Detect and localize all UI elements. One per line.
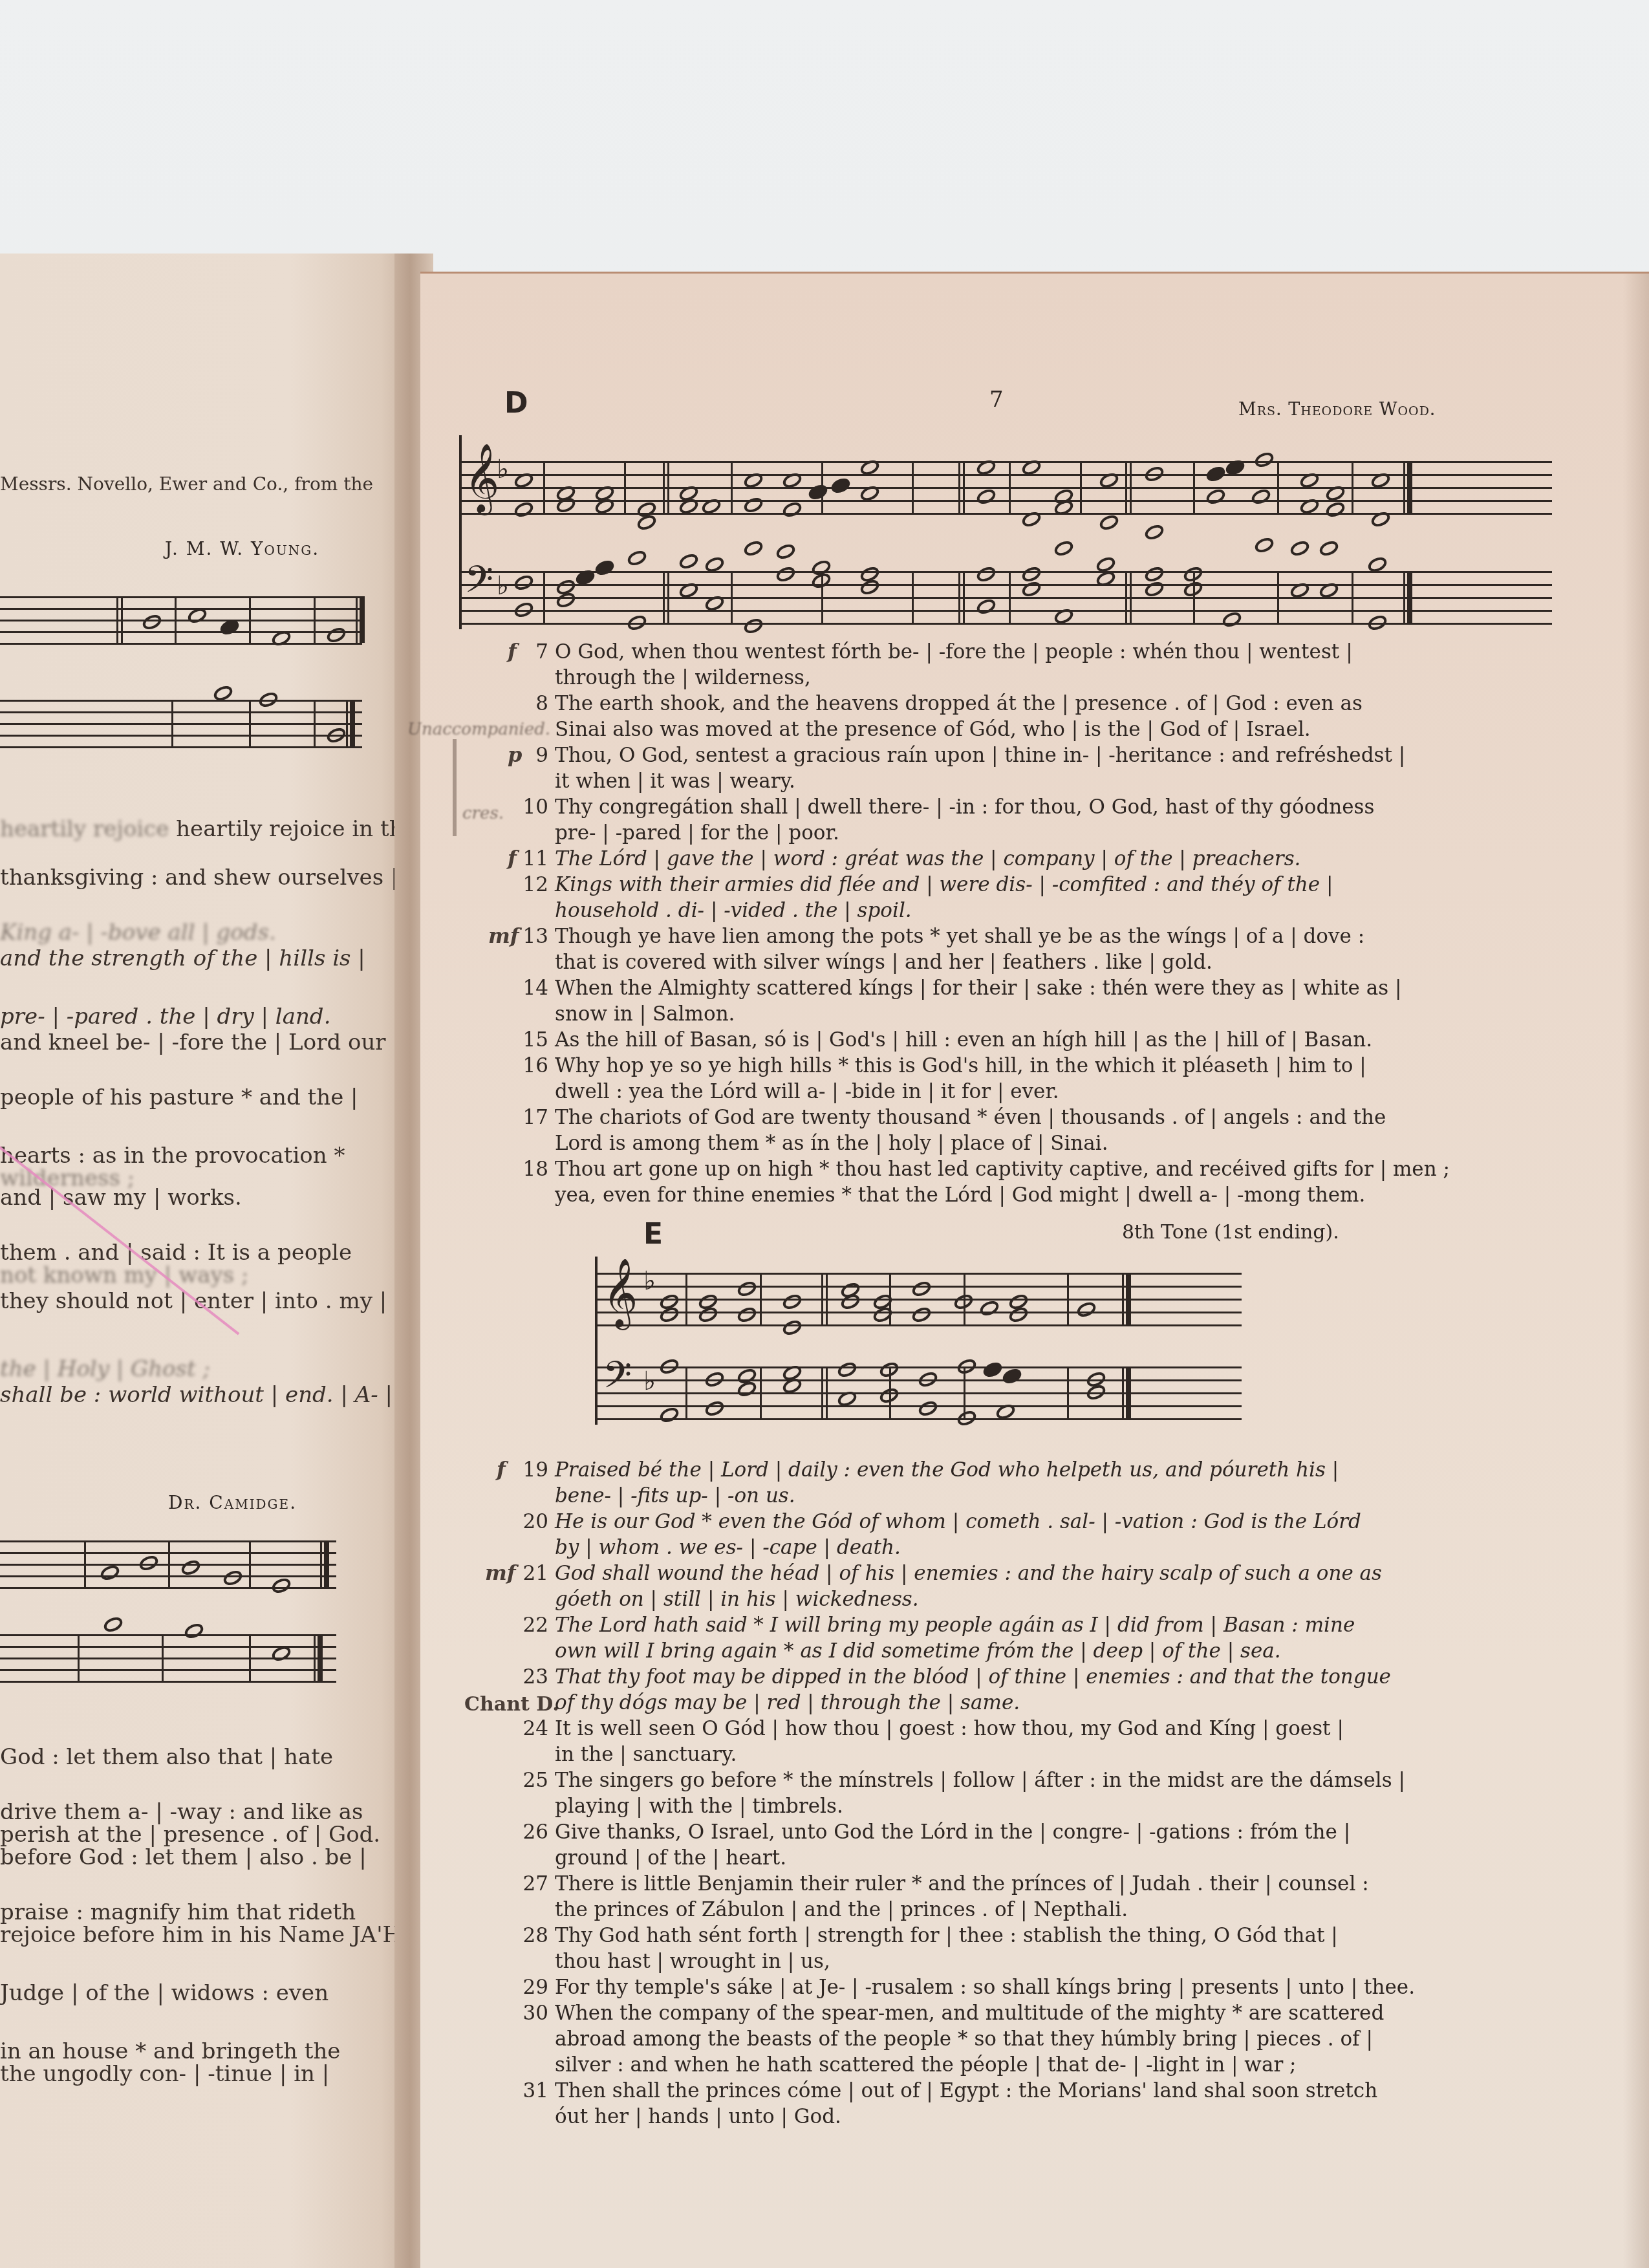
verse-10: 10Thy congregátion shall | dwell there- … <box>517 794 1374 846</box>
tone-label: 8th Tone (1st ending). <box>1122 1221 1339 1244</box>
page-number: 7 <box>989 387 1004 413</box>
left-text-line: pre- | -pared . the | dry | land. <box>0 1004 330 1030</box>
left-text-line: heartily rejoice heartily rejoice in the… <box>0 816 414 842</box>
bass-clef-icon: 𝄢 <box>464 561 493 607</box>
verse-29: 29For thy temple's sáke | at Je- | -rusa… <box>517 1974 1415 2000</box>
verse-20: 20He is our God * even the Gód of whom |… <box>517 1509 1361 1561</box>
left-text-line: perish at the | presence . of | God. <box>0 1822 380 1848</box>
dynamic-mark: f <box>497 1457 506 1482</box>
chant-d-score: 𝄞 𝄢 ♭ ♭ <box>459 422 1552 642</box>
verse-8: 8The earth shook, and the heavens droppe… <box>517 691 1363 742</box>
left-text-line: in an house * and bringeth the <box>0 2038 340 2064</box>
chant-d-letter: D <box>504 387 528 420</box>
left-text-line: the | Holy | Ghost ; <box>0 1356 210 1382</box>
bass-clef-icon: 𝄢 <box>603 1357 632 1402</box>
verse-31: 31Then shall the princes cóme | out of |… <box>517 2078 1377 2130</box>
dynamic-mark: f <box>508 639 517 664</box>
left-text-line: Judge | of the | widows : even <box>0 1980 329 2006</box>
verse-30: 30When the company of the spear-men, and… <box>517 2000 1384 2078</box>
verse-18: 18Thou art gone up on high * thou hast l… <box>517 1156 1450 1208</box>
verse-21: 21God shall wound the héad | of his | en… <box>517 1561 1382 1612</box>
verse-23: 23That thy foot may be dipped in the bló… <box>517 1664 1391 1716</box>
left-text-line: King a- | -bove all | gods. <box>0 920 276 945</box>
left-text-line: hearts : as in the provocation * <box>0 1143 345 1169</box>
dynamic-mark: f <box>508 846 517 870</box>
left-text-line: people of his pasture * and the | <box>0 1085 358 1110</box>
verse-28: 28Thy God hath sént forth | strength for… <box>517 1923 1338 1974</box>
verse-25: 25The singers go before * the mínstrels … <box>517 1767 1405 1819</box>
cres-note: cres. <box>462 804 504 823</box>
margin-bracket <box>453 739 457 836</box>
left-text-line: not known my | ways ; <box>0 1262 248 1288</box>
left-text-line: rejoice before him in his Name JA'H | <box>0 1922 414 1948</box>
verse-22: 22The Lord hath said * I will bring my p… <box>517 1612 1355 1664</box>
left-text-line: drive them a- | -way : and like as <box>0 1799 363 1825</box>
composer-camidge: Dr. Camidge. <box>168 1492 297 1513</box>
verse-17: 17The chariots of God are twenty thousan… <box>517 1105 1386 1156</box>
verse-9: 9Thou, O God, sentest a gracious raín up… <box>517 742 1405 794</box>
left-text-line: shall be : world without | end. | A- | <box>0 1382 393 1408</box>
left-text-line: they should not | enter | into . my | <box>0 1288 387 1314</box>
composer-wood: Mrs. Theodore Wood. <box>1238 400 1436 420</box>
left-facing-page: Messrs. Novello, Ewer and Co., from the … <box>0 254 414 2268</box>
left-text-line: the ungodly con- | -tinue | in | <box>0 2061 329 2087</box>
left-text-line: and kneel be- | -fore the | Lord our | <box>0 1030 400 1055</box>
verse-27: 27There is little Benjamin their ruler *… <box>517 1871 1369 1923</box>
left-text-line: thanksgiving : and shew ourselves | glad <box>0 865 414 891</box>
verse-7: 7O God, when thou wentest fórth be- | -f… <box>517 639 1353 691</box>
verse-24: 24It is well seen O Gód | how thou | goe… <box>517 1716 1344 1767</box>
dynamic-mark: mf <box>485 1561 516 1585</box>
verse-13: 13Though ye have lien among the pots * y… <box>517 923 1364 975</box>
verse-26: 26Give thanks, O Israel, unto God the Ló… <box>517 1819 1350 1871</box>
verse-11: 11The Lórd | gave the | word : gréat was… <box>517 846 1300 872</box>
left-text-line: and | saw my | works. <box>0 1185 242 1211</box>
verse-16: 16Why hop ye so ye high hills * this is … <box>517 1053 1366 1105</box>
chant-e-score: 𝄞 𝄢 ♭ ♭ <box>595 1244 1242 1438</box>
treble-clef-icon: 𝄞 <box>603 1263 638 1323</box>
left-chant-system-1 <box>0 577 362 758</box>
verse-12: 12Kings with their armies did flée and |… <box>517 872 1333 923</box>
publisher-line: Messrs. Novello, Ewer and Co., from the <box>0 473 373 495</box>
left-text-line: before God : let them | also . be | <box>0 1844 367 1870</box>
composer-young: J. M. W. Young. <box>165 538 319 559</box>
left-text-line: God : let them also that | hate <box>0 1744 333 1770</box>
left-chant-system-2 <box>0 1521 336 1689</box>
verse-14: 14When the Almighty scattered kíngs | fo… <box>517 975 1401 1027</box>
left-text-line: them . and | said : It is a people <box>0 1240 352 1266</box>
left-text-line: and the strength of the | hills is | <box>0 945 365 971</box>
verse-15: 15As the hill of Basan, só is | God's | … <box>517 1027 1372 1053</box>
right-page: D 7 Mrs. Theodore Wood. 𝄞 𝄢 ♭ ♭ <box>420 272 1649 2268</box>
treble-clef-icon: 𝄞 <box>464 448 499 508</box>
left-text-line: praise : magnify him that rideth <box>0 1899 356 1925</box>
dynamic-mark: mf <box>488 923 519 948</box>
verse-19: 19Praised bé the | Lord | daily : even t… <box>517 1457 1339 1509</box>
